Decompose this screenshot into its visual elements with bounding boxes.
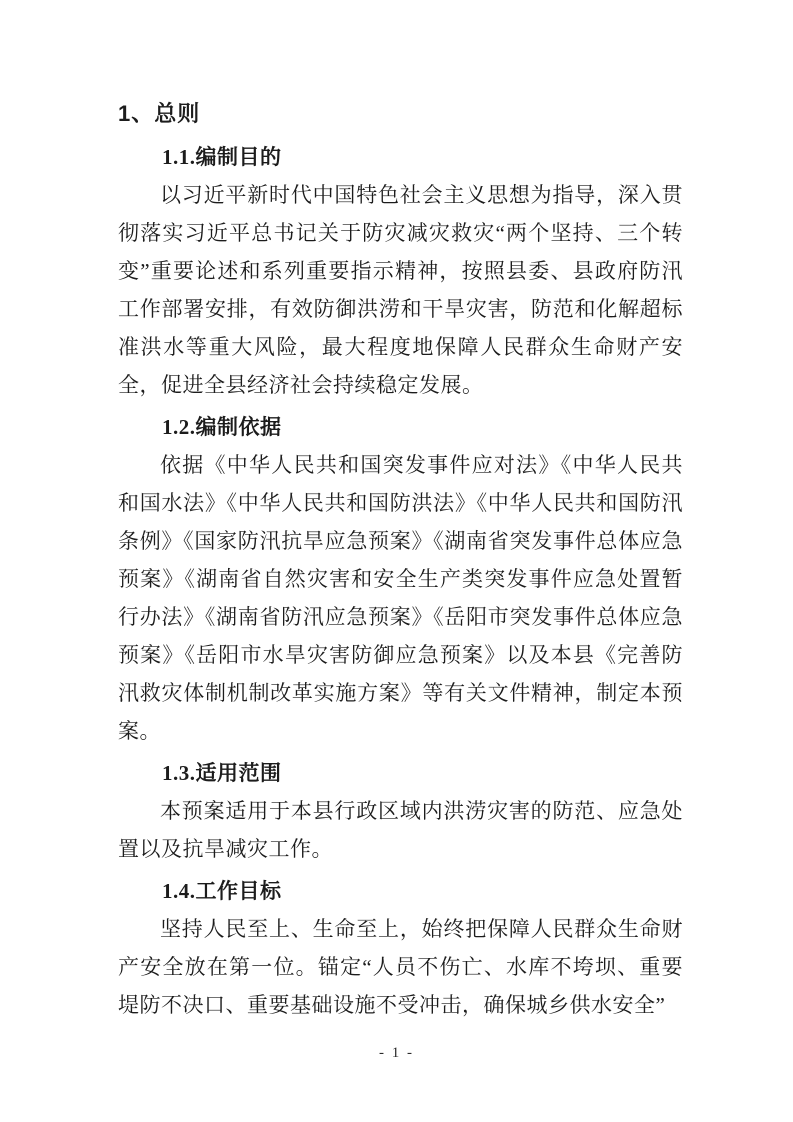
section-paragraph-1-3: 本预案适用于本县行政区域内洪涝灾害的防范、应急处置以及抗旱减灾工作。 <box>118 792 683 868</box>
section-paragraph-1-1: 以习近平新时代中国特色社会主义思想为指导，深入贯彻落实习近平总书记关于防灾减灾救… <box>118 176 683 404</box>
page-number-footer: - 1 - <box>0 1045 793 1062</box>
section-paragraph-1-2: 依据《中华人民共和国突发事件应对法》《中华人民共和国水法》《中华人民共和国防洪法… <box>118 446 683 750</box>
section-heading-1-4: 1.4.工作目标 <box>118 872 683 910</box>
document-page: 1、总则 1.1.编制目的 以习近平新时代中国特色社会主义思想为指导，深入贯彻落… <box>0 0 793 1122</box>
document-content: 1、总则 1.1.编制目的 以习近平新时代中国特色社会主义思想为指导，深入贯彻落… <box>0 0 793 1024</box>
section-paragraph-1-4: 坚持人民至上、生命至上，始终把保障人民群众生命财产安全放在第一位。锚定“人员不伤… <box>118 910 683 1024</box>
section-heading-1-2: 1.2.编制依据 <box>118 408 683 446</box>
section-heading-1-3: 1.3.适用范围 <box>118 754 683 792</box>
chapter-title: 1、总则 <box>118 94 683 134</box>
section-heading-1-1: 1.1.编制目的 <box>118 138 683 176</box>
